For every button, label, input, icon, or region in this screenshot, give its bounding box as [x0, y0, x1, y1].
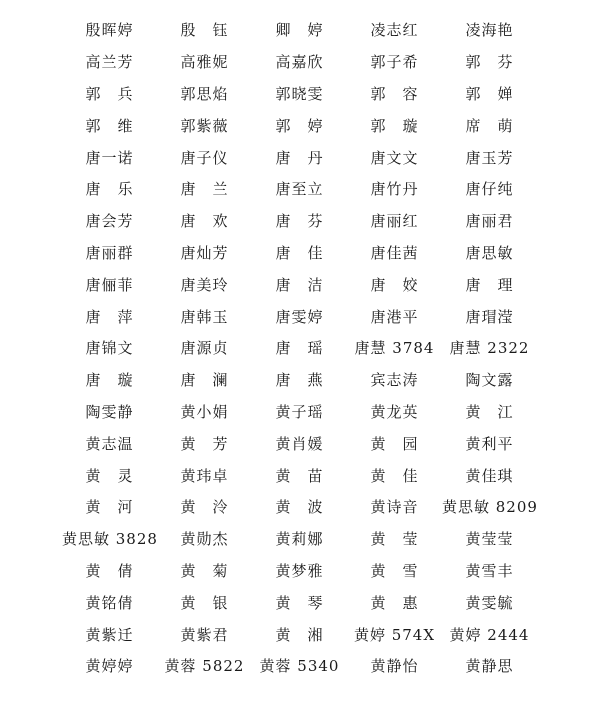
name-cell: 唐源贞	[157, 337, 252, 358]
name-cell: 唐一诺	[62, 147, 157, 168]
name-cell: 郭 芬	[442, 51, 537, 72]
name-list-grid: 殷晖婷 殷 钰 卿 婷 凌志红 凌海艳 高兰芳 高雅妮 高嘉欣 郭子希 郭 芬 …	[62, 14, 542, 682]
name-row: 黄婷婷 黄蓉 5822 黄蓉 5340 黄静怡 黄静思	[62, 650, 542, 682]
name-cell: 陶雯静	[62, 401, 157, 422]
name-cell: 黄莉娜	[252, 528, 347, 549]
name-cell: 唐文文	[347, 147, 442, 168]
name-cell: 黄紫迁	[62, 624, 157, 645]
name-row: 殷晖婷 殷 钰 卿 婷 凌志红 凌海艳	[62, 14, 542, 46]
name-cell: 郭 维	[62, 115, 157, 136]
name-row: 黄紫迁 黄紫君 黄 湘 黄婷 574X 黄婷 2444	[62, 618, 542, 650]
name-cell: 唐 乐	[62, 178, 157, 199]
name-cell: 郭思焰	[157, 83, 252, 104]
name-cell: 凌海艳	[442, 19, 537, 40]
name-cell: 黄铭倩	[62, 592, 157, 613]
name-cell: 殷 钰	[157, 19, 252, 40]
name-cell: 黄诗音	[347, 496, 442, 517]
name-cell: 黄利平	[442, 433, 537, 454]
name-cell: 黄思敏 3828	[62, 528, 157, 549]
name-cell: 黄子瑶	[252, 401, 347, 422]
name-cell: 高嘉欣	[252, 51, 347, 72]
name-row: 高兰芳 高雅妮 高嘉欣 郭子希 郭 芬	[62, 46, 542, 78]
name-cell: 黄 佳	[347, 465, 442, 486]
name-row: 唐丽群 唐灿芳 唐 佳 唐佳茜 唐思敏	[62, 237, 542, 269]
name-cell: 黄 波	[252, 496, 347, 517]
name-row: 唐俪菲 唐美玲 唐 洁 唐 姣 唐 理	[62, 268, 542, 300]
name-cell: 唐 瑶	[252, 337, 347, 358]
name-cell: 凌志红	[347, 19, 442, 40]
name-cell: 黄 雪	[347, 560, 442, 581]
name-cell: 唐 丹	[252, 147, 347, 168]
name-cell: 黄蓉 5822	[157, 655, 252, 676]
name-cell: 殷晖婷	[62, 19, 157, 40]
name-cell: 黄龙英	[347, 401, 442, 422]
name-cell: 唐会芳	[62, 210, 157, 231]
name-cell: 唐港平	[347, 306, 442, 327]
name-cell: 黄玮卓	[157, 465, 252, 486]
name-cell: 黄蓉 5340	[252, 655, 347, 676]
name-cell: 黄 湘	[252, 624, 347, 645]
name-cell: 黄 河	[62, 496, 157, 517]
name-cell: 黄婷婷	[62, 655, 157, 676]
name-cell: 唐慧 3784	[347, 337, 442, 358]
name-cell: 郭晓雯	[252, 83, 347, 104]
name-cell: 唐 璇	[62, 369, 157, 390]
name-cell: 郭 兵	[62, 83, 157, 104]
name-cell: 黄 芳	[157, 433, 252, 454]
name-cell: 唐 佳	[252, 242, 347, 263]
name-cell: 黄梦雅	[252, 560, 347, 581]
name-cell: 唐美玲	[157, 274, 252, 295]
name-cell: 黄 灵	[62, 465, 157, 486]
name-row: 黄志温 黄 芳 黄肖媛 黄 园 黄利平	[62, 427, 542, 459]
name-cell: 唐 萍	[62, 306, 157, 327]
name-cell: 唐 欢	[157, 210, 252, 231]
name-cell: 黄莹莹	[442, 528, 537, 549]
name-cell: 黄 泠	[157, 496, 252, 517]
name-cell: 黄 琴	[252, 592, 347, 613]
name-cell: 黄小娟	[157, 401, 252, 422]
name-cell: 唐 澜	[157, 369, 252, 390]
name-cell: 唐子仪	[157, 147, 252, 168]
name-cell: 郭紫薇	[157, 115, 252, 136]
name-cell: 唐俪菲	[62, 274, 157, 295]
name-cell: 唐雯婷	[252, 306, 347, 327]
name-row: 唐 璇 唐 澜 唐 燕 宾志涛 陶文露	[62, 364, 542, 396]
name-cell: 唐竹丹	[347, 178, 442, 199]
name-cell: 唐 兰	[157, 178, 252, 199]
name-row: 唐会芳 唐 欢 唐 芬 唐丽红 唐丽君	[62, 205, 542, 237]
name-cell: 郭 容	[347, 83, 442, 104]
name-row: 郭 维 郭紫薇 郭 婷 郭 璇 席 萌	[62, 109, 542, 141]
name-cell: 黄思敏 8209	[442, 496, 537, 517]
name-row: 唐 萍 唐韩玉 唐雯婷 唐港平 唐瑁滢	[62, 300, 542, 332]
name-row: 黄 灵 黄玮卓 黄 苗 黄 佳 黄佳琪	[62, 459, 542, 491]
name-cell: 高兰芳	[62, 51, 157, 72]
name-cell: 黄静思	[442, 655, 537, 676]
name-cell: 黄肖媛	[252, 433, 347, 454]
name-row: 唐一诺 唐子仪 唐 丹 唐文文 唐玉芳	[62, 141, 542, 173]
name-cell: 高雅妮	[157, 51, 252, 72]
name-cell: 黄 江	[442, 401, 537, 422]
name-cell: 黄婷 2444	[442, 624, 537, 645]
name-row: 黄 倩 黄 菊 黄梦雅 黄 雪 黄雪丰	[62, 555, 542, 587]
name-cell: 黄 银	[157, 592, 252, 613]
name-cell: 黄 苗	[252, 465, 347, 486]
name-row: 唐锦文 唐源贞 唐 瑶 唐慧 3784 唐慧 2322	[62, 332, 542, 364]
name-cell: 黄紫君	[157, 624, 252, 645]
name-cell: 郭 婷	[252, 115, 347, 136]
name-cell: 郭 婵	[442, 83, 537, 104]
name-cell: 唐 芬	[252, 210, 347, 231]
name-cell: 唐 燕	[252, 369, 347, 390]
name-cell: 唐 姣	[347, 274, 442, 295]
name-cell: 卿 婷	[252, 19, 347, 40]
name-cell: 唐丽红	[347, 210, 442, 231]
name-cell: 唐锦文	[62, 337, 157, 358]
name-cell: 唐灿芳	[157, 242, 252, 263]
name-row: 郭 兵 郭思焰 郭晓雯 郭 容 郭 婵	[62, 78, 542, 110]
name-cell: 黄静怡	[347, 655, 442, 676]
name-cell: 黄婷 574X	[347, 624, 442, 645]
name-cell: 黄 菊	[157, 560, 252, 581]
name-cell: 黄志温	[62, 433, 157, 454]
name-cell: 黄 园	[347, 433, 442, 454]
name-cell: 唐仔纯	[442, 178, 537, 199]
name-cell: 宾志涛	[347, 369, 442, 390]
name-row: 黄 河 黄 泠 黄 波 黄诗音 黄思敏 8209	[62, 491, 542, 523]
name-cell: 黄 惠	[347, 592, 442, 613]
name-row: 陶雯静 黄小娟 黄子瑶 黄龙英 黄 江	[62, 396, 542, 428]
name-cell: 唐思敏	[442, 242, 537, 263]
name-cell: 黄雪丰	[442, 560, 537, 581]
name-cell: 唐佳茜	[347, 242, 442, 263]
name-cell: 唐瑁滢	[442, 306, 537, 327]
name-row: 黄铭倩 黄 银 黄 琴 黄 惠 黄雯毓	[62, 586, 542, 618]
name-cell: 郭 璇	[347, 115, 442, 136]
name-row: 唐 乐 唐 兰 唐至立 唐竹丹 唐仔纯	[62, 173, 542, 205]
name-cell: 黄雯毓	[442, 592, 537, 613]
name-cell: 唐韩玉	[157, 306, 252, 327]
name-row: 黄思敏 3828 黄勋杰 黄莉娜 黄 莹 黄莹莹	[62, 523, 542, 555]
name-cell: 陶文露	[442, 369, 537, 390]
name-cell: 唐 洁	[252, 274, 347, 295]
name-cell: 唐丽群	[62, 242, 157, 263]
name-cell: 唐 理	[442, 274, 537, 295]
name-cell: 唐玉芳	[442, 147, 537, 168]
name-cell: 唐丽君	[442, 210, 537, 231]
name-cell: 黄 倩	[62, 560, 157, 581]
name-cell: 黄佳琪	[442, 465, 537, 486]
name-cell: 唐至立	[252, 178, 347, 199]
name-cell: 黄勋杰	[157, 528, 252, 549]
name-cell: 黄 莹	[347, 528, 442, 549]
name-cell: 席 萌	[442, 115, 537, 136]
name-cell: 郭子希	[347, 51, 442, 72]
name-cell: 唐慧 2322	[442, 337, 537, 358]
